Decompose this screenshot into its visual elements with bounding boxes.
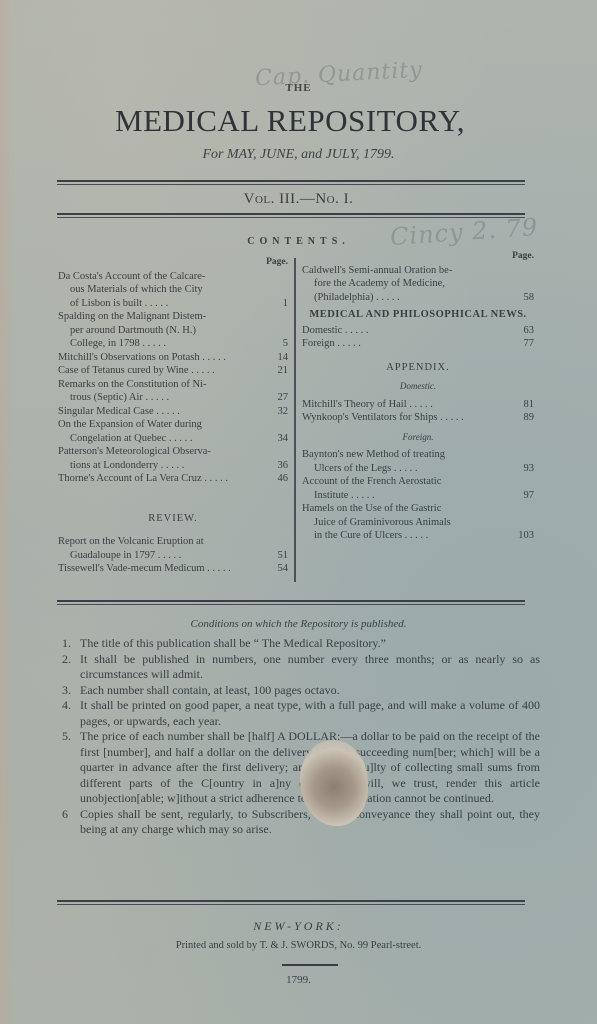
entry-page-number: 5	[266, 337, 288, 351]
contents-entry: Remarks on the Constitution of Ni-trous …	[58, 378, 288, 405]
paper-damage-stain	[300, 740, 368, 826]
entry-title: Spalding on the Malignant Distem-per aro…	[58, 310, 266, 351]
entry-line: Caldwell's Semi-annual Oration be-	[302, 264, 512, 278]
contents-entry: Thorne's Account of La Vera Cruz . . . .…	[58, 472, 288, 486]
entry-line: fore the Academy of Medicine,	[302, 277, 512, 291]
review-entries: Report on the Volcanic Eruption atGuadal…	[58, 535, 288, 576]
entry-line: Case of Tetanus cured by Wine . . . . .	[58, 364, 266, 378]
double-rule-top-1	[57, 180, 525, 182]
contents-heading: CONTENTS.	[0, 236, 597, 247]
imprint-city: NEW-YORK:	[0, 919, 597, 934]
condition-text: It shall be printed on good paper, a nea…	[80, 698, 540, 729]
entry-line: Report on the Volcanic Eruption at	[58, 535, 266, 549]
entry-line: Domestic . . . . .	[302, 324, 512, 338]
entry-page-number: 97	[512, 489, 534, 503]
entry-line: Thorne's Account of La Vera Cruz . . . .…	[58, 472, 266, 486]
entry-line: Baynton's new Method of treating	[302, 448, 512, 462]
entry-line: Mitchill's Theory of Hail . . . . .	[302, 398, 512, 412]
contents-entry: Report on the Volcanic Eruption atGuadal…	[58, 535, 288, 562]
entry-line: Singular Medical Case . . . . .	[58, 405, 266, 419]
condition-text: Each number shall contain, at least, 100…	[80, 683, 540, 699]
appendix-heading: APPENDIX.	[302, 361, 534, 375]
page-title: MEDICAL REPOSITORY,	[0, 103, 580, 139]
entry-page-number: 63	[512, 324, 534, 338]
entry-line: Account of the French Aerostatic	[302, 475, 512, 489]
entry-page-number: 77	[512, 337, 534, 351]
condition-item: 4.It shall be printed on good paper, a n…	[62, 698, 540, 729]
entry-line: Mitchill's Observations on Potash . . . …	[58, 351, 266, 365]
contents-left-entries: Da Costa's Account of the Calcare-ous Ma…	[58, 270, 288, 486]
entry-title: Singular Medical Case . . . . .	[58, 405, 266, 419]
entry-line: Wynkoop's Ventilators for Ships . . . . …	[302, 411, 512, 425]
entry-title: On the Expansion of Water duringCongelat…	[58, 418, 266, 445]
double-rule-footer-1	[57, 900, 525, 902]
entry-title: Account of the French AerostaticInstitut…	[302, 475, 512, 502]
entry-line: Juice of Graminivorous Animals	[302, 516, 512, 530]
entry-line: Tissewell's Vade-mecum Medicum . . . . .	[58, 562, 266, 576]
appendix-foreign-entries: Baynton's new Method of treatingUlcers o…	[302, 448, 534, 543]
entry-title: Thorne's Account of La Vera Cruz . . . .…	[58, 472, 266, 486]
review-heading: REVIEW.	[58, 512, 288, 526]
condition-item: 6Copies shall be sent, regularly, to Sub…	[62, 807, 540, 838]
entry-title: Wynkoop's Ventilators for Ships . . . . …	[302, 411, 512, 425]
entry-title: Report on the Volcanic Eruption atGuadal…	[58, 535, 266, 562]
entry-page-number: 58	[512, 291, 534, 305]
condition-text: The title of this publication shall be “…	[80, 636, 540, 652]
entry-line: Ulcers of the Legs . . . . .	[302, 462, 512, 476]
condition-number: 1.	[62, 636, 80, 652]
entry-line: (Philadelphia) . . . . .	[302, 291, 512, 305]
imprint-printer: Printed and sold by T. & J. SWORDS, No. …	[0, 940, 597, 951]
contents-entry: Baynton's new Method of treatingUlcers o…	[302, 448, 534, 475]
news-entries: Domestic . . . . .63Foreign . . . . .77	[302, 324, 534, 351]
contents-entry: Da Costa's Account of the Calcare-ous Ma…	[58, 270, 288, 311]
entry-title: Mitchill's Theory of Hail . . . . .	[302, 398, 512, 412]
condition-number: 6	[62, 807, 80, 838]
contents-entry: Account of the French AerostaticInstitut…	[302, 475, 534, 502]
appendix-domestic-entries: Mitchill's Theory of Hail . . . . .81Wyn…	[302, 398, 534, 425]
conditions-title: Conditions on which the Repository is pu…	[0, 618, 597, 630]
entry-line: Foreign . . . . .	[302, 337, 512, 351]
contents-entry: Wynkoop's Ventilators for Ships . . . . …	[302, 411, 534, 425]
contents-entry: Domestic . . . . .63	[302, 324, 534, 338]
condition-item: 1.The title of this publication shall be…	[62, 636, 540, 652]
entry-line: Da Costa's Account of the Calcare-	[58, 270, 266, 284]
contents-entry: Mitchill's Theory of Hail . . . . .81	[302, 398, 534, 412]
condition-number: 2.	[62, 652, 80, 683]
double-rule-footer-2	[57, 904, 525, 905]
entry-page-number: 21	[266, 364, 288, 378]
condition-item: 2.It shall be published in numbers, one …	[62, 652, 540, 683]
double-rule-contents-2	[57, 604, 525, 605]
double-rule-top-2	[57, 184, 525, 185]
entry-line: trous (Septic) Air . . . . .	[58, 391, 266, 405]
news-heading: MEDICAL AND PHILOSOPHICAL NEWS.	[302, 308, 534, 322]
entry-line: Hamels on the Use of the Gastric	[302, 502, 512, 516]
imprint-year: 1799.	[0, 974, 597, 986]
imprint-dash	[282, 964, 338, 966]
entry-title: Domestic . . . . .	[302, 324, 512, 338]
entry-page-number: 103	[512, 529, 534, 543]
issue-dates: For MAY, JUNE, and JULY, 1799.	[0, 147, 597, 163]
entry-title: Case of Tetanus cured by Wine . . . . .	[58, 364, 266, 378]
double-rule-vol-2	[57, 217, 525, 218]
entry-line: Patterson's Meteorological Observa-	[58, 445, 266, 459]
entry-title: Tissewell's Vade-mecum Medicum . . . . .	[58, 562, 266, 576]
contents-entry: On the Expansion of Water duringCongelat…	[58, 418, 288, 445]
condition-number: 5.	[62, 729, 80, 807]
entry-line: On the Expansion of Water during	[58, 418, 266, 432]
entry-page-number: 51	[266, 549, 288, 563]
entry-title: Remarks on the Constitution of Ni-trous …	[58, 378, 266, 405]
entry-page-number: 32	[266, 405, 288, 419]
title-article: THE	[0, 82, 597, 94]
entry-title: Caldwell's Semi-annual Oration be-fore t…	[302, 264, 512, 305]
contents-right-entries: Caldwell's Semi-annual Oration be-fore t…	[302, 264, 534, 305]
entry-title: Hamels on the Use of the GastricJuice of…	[302, 502, 512, 543]
contents-left-column: Page. Da Costa's Account of the Calcare-…	[58, 256, 288, 576]
condition-item: 3.Each number shall contain, at least, 1…	[62, 683, 540, 699]
entry-line: Institute . . . . .	[302, 489, 512, 503]
condition-number: 4.	[62, 698, 80, 729]
entry-page-number: 27	[266, 391, 288, 405]
contents-entry: Mitchill's Observations on Potash . . . …	[58, 351, 288, 365]
entry-title: Da Costa's Account of the Calcare-ous Ma…	[58, 270, 266, 311]
entry-page-number: 1	[266, 297, 288, 311]
contents-entry: Foreign . . . . .77	[302, 337, 534, 351]
contents-entry: Tissewell's Vade-mecum Medicum . . . . .…	[58, 562, 288, 576]
entry-title: Foreign . . . . .	[302, 337, 512, 351]
entry-line: in the Cure of Ulcers . . . . .	[302, 529, 512, 543]
entry-line: Remarks on the Constitution of Ni-	[58, 378, 266, 392]
entry-title: Patterson's Meteorological Observa-tions…	[58, 445, 266, 472]
entry-line: College, in 1798 . . . . .	[58, 337, 266, 351]
entry-page-number: 81	[512, 398, 534, 412]
appendix-domestic-label: Domestic.	[302, 380, 534, 394]
conditions-list: 1.The title of this publication shall be…	[62, 636, 540, 838]
entry-line: of Lisbon is built . . . . .	[58, 297, 266, 311]
double-rule-contents-1	[57, 600, 525, 602]
condition-number: 3.	[62, 683, 80, 699]
contents-entry: Caldwell's Semi-annual Oration be-fore t…	[302, 264, 534, 305]
entry-line: Guadaloupe in 1797 . . . . .	[58, 549, 266, 563]
contents-entry: Patterson's Meteorological Observa-tions…	[58, 445, 288, 472]
entry-page-number: 34	[266, 432, 288, 446]
column-divider	[294, 258, 296, 582]
double-rule-vol-1	[57, 213, 525, 215]
contents-entry: Hamels on the Use of the GastricJuice of…	[302, 502, 534, 543]
entry-line: Congelation at Quebec . . . . .	[58, 432, 266, 446]
entry-line: tions at Londonderry . . . . .	[58, 459, 266, 473]
page-column-label-right: Page.	[302, 250, 534, 264]
entry-page-number: 36	[266, 459, 288, 473]
page-column-label: Page.	[58, 256, 288, 270]
entry-title: Baynton's new Method of treatingUlcers o…	[302, 448, 512, 475]
contents-right-column: Page. Caldwell's Semi-annual Oration be-…	[302, 250, 534, 543]
entry-line: ous Materials of which the City	[58, 283, 266, 297]
entry-title: Mitchill's Observations on Potash . . . …	[58, 351, 266, 365]
condition-text: It shall be published in numbers, one nu…	[80, 652, 540, 683]
contents-entry: Case of Tetanus cured by Wine . . . . .2…	[58, 364, 288, 378]
entry-page-number: 93	[512, 462, 534, 476]
contents-entry: Spalding on the Malignant Distem-per aro…	[58, 310, 288, 351]
entry-line: Spalding on the Malignant Distem-	[58, 310, 266, 324]
contents-entry: Singular Medical Case . . . . .32	[58, 405, 288, 419]
entry-page-number: 46	[266, 472, 288, 486]
appendix-foreign-label: Foreign.	[302, 431, 534, 445]
entry-line: per around Dartmouth (N. H.)	[58, 324, 266, 338]
entry-page-number: 89	[512, 411, 534, 425]
entry-page-number: 14	[266, 351, 288, 365]
volume-number: Vol. III.—No. I.	[0, 191, 597, 208]
entry-page-number: 54	[266, 562, 288, 576]
